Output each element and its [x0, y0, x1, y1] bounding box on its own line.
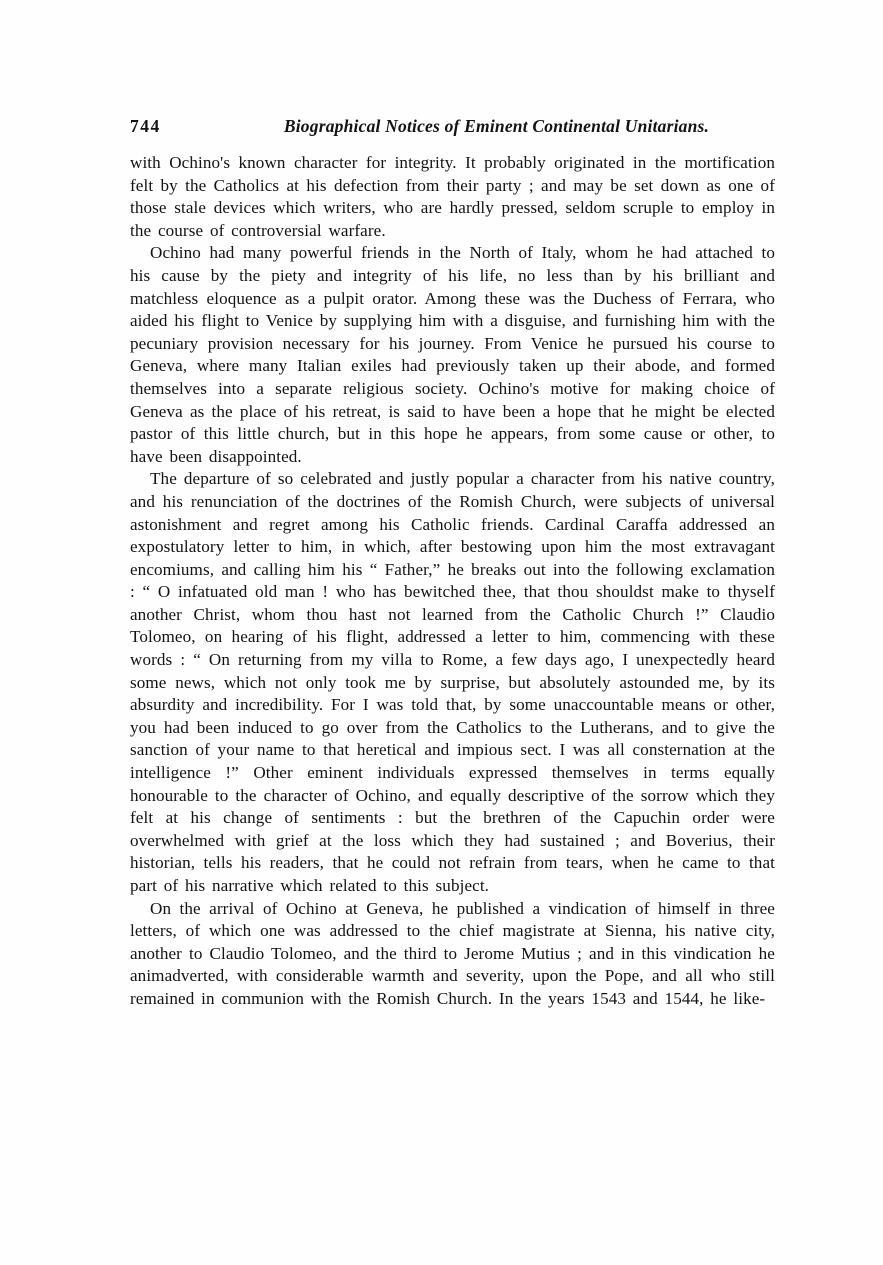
page-content: 744 Biographical Notices of Eminent Cont…	[130, 116, 775, 1011]
paragraph: Ochino had many powerful friends in the …	[130, 242, 775, 468]
page-body: with Ochino's known character for integr…	[130, 152, 775, 1011]
paragraph: On the arrival of Ochino at Geneva, he p…	[130, 898, 775, 1011]
page-number: 744	[130, 116, 218, 137]
paragraph: The departure of so celebrated and justl…	[130, 468, 775, 897]
running-title: Biographical Notices of Eminent Continen…	[218, 116, 775, 137]
paragraph: with Ochino's known character for integr…	[130, 152, 775, 242]
page-header: 744 Biographical Notices of Eminent Cont…	[130, 116, 775, 137]
book-page: 744 Biographical Notices of Eminent Cont…	[0, 0, 883, 1265]
